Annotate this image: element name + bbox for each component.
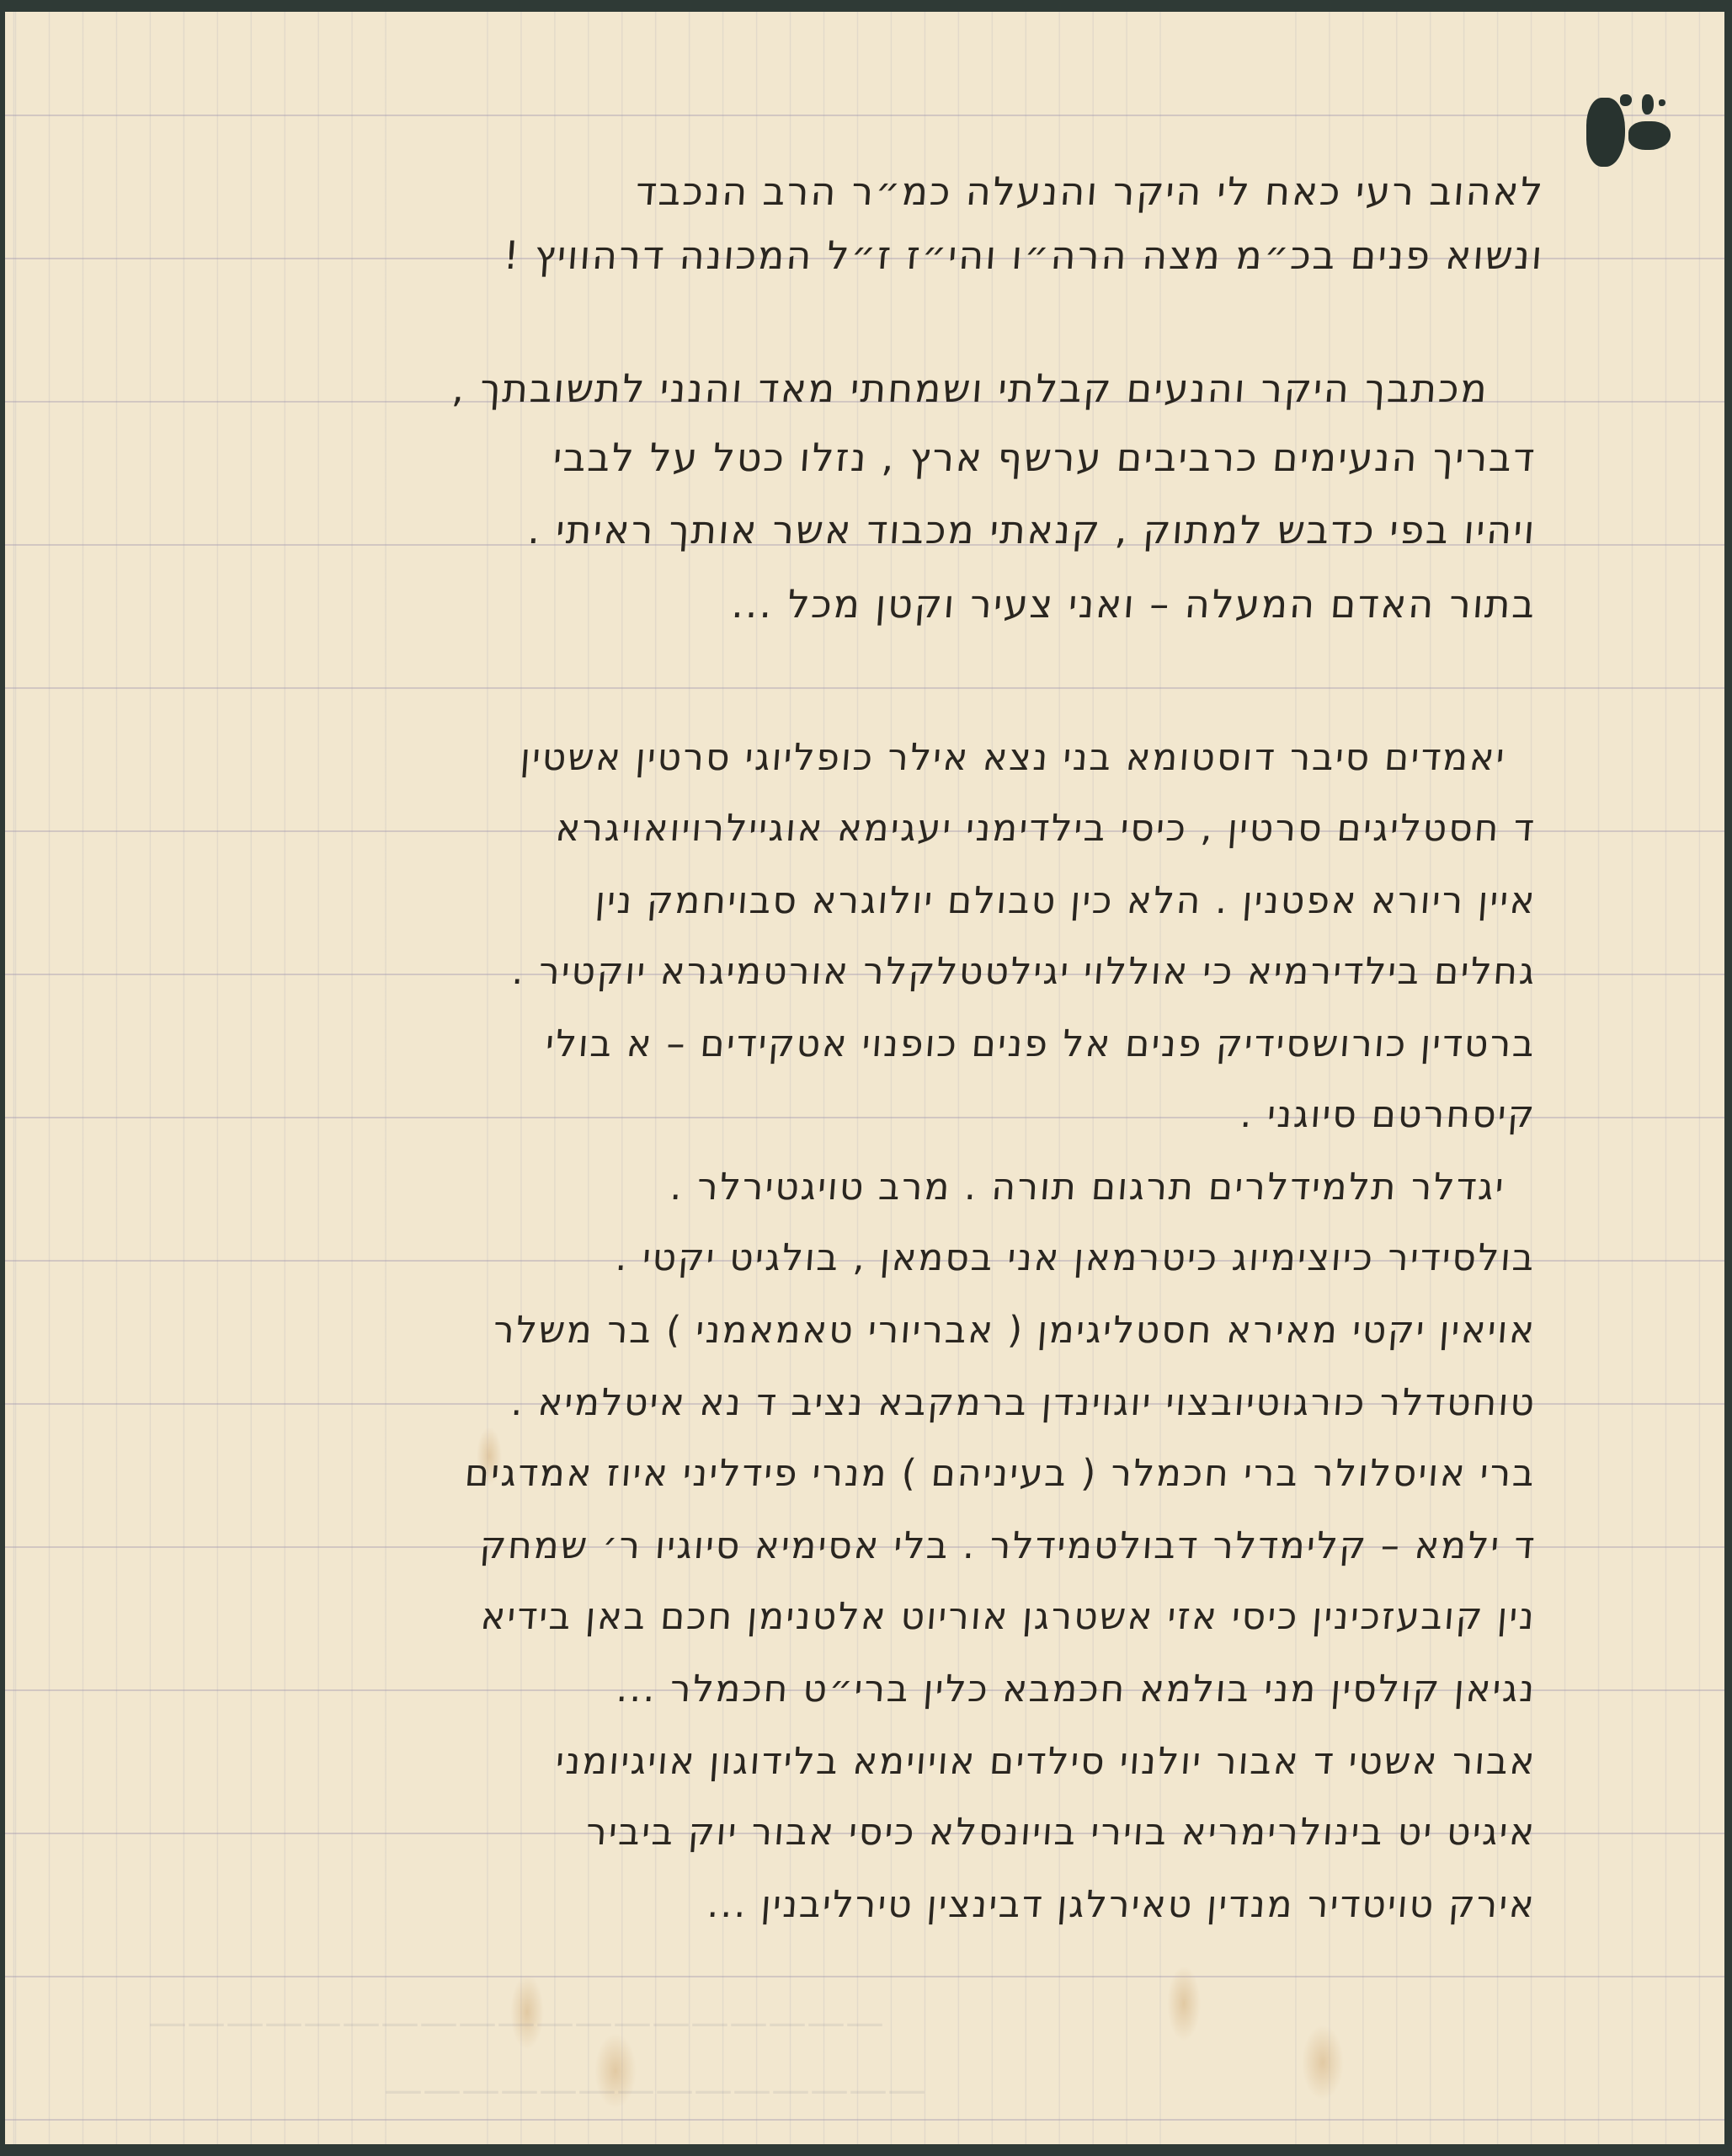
- salutation-line-1: לאהוב רעי כאח לי היקר והנעלה כמ״ר הרב הנ…: [634, 168, 1546, 214]
- paper-stain: [1302, 2025, 1344, 2100]
- salutation-line-2: ונשוא פנים בכ״מ מצה הרה״ו והי״ז ז״ל המכו…: [503, 232, 1546, 278]
- manuscript-page: לאהוב רעי כאח לי היקר והנעלה כמ״ר הרב הנ…: [5, 12, 1724, 2144]
- hebrew-paragraph-line-4: בתור האדם המעלה – ואני צעיר וקטן מכל ...: [730, 581, 1537, 627]
- text-line: בולסידיר כיוצימיוג כיטרמאן אני בסמאן , ב…: [615, 1236, 1537, 1279]
- ink-seal-icon: [1586, 93, 1671, 168]
- text-line: אירק טויטדיר מנדין טאירלגן דבינצין טירלי…: [706, 1883, 1537, 1926]
- hebrew-paragraph-line-1: מכתבך היקר והנעים קבלתי ושמחתי מאד והנני…: [450, 366, 1490, 411]
- text-line: יגדלר תלמידלרים תרגום תורה . מרב טויגטיר…: [669, 1166, 1507, 1209]
- text-line: יאמדים סיבר דוסטומא בני נצא אילר כופליוג…: [519, 736, 1507, 779]
- text-line: גחלים בילדירמיא כי אוללוי יגילטטלקלר אור…: [510, 950, 1537, 993]
- paper-stain: [1167, 1966, 1201, 2041]
- text-line: נין קובעזכינין כיסי אזי אשטרגן אוריוט אל…: [479, 1595, 1537, 1638]
- text-line: אויאין יקטי מאירא חסטליגימן ( אבריורי טא…: [492, 1309, 1537, 1352]
- text-line: נגיאן קולסין מני בולמא חכמבא כלין ברי״ט …: [615, 1668, 1537, 1710]
- text-line: ברטדין כורושסידיק פנים אל פנים כופנוי אט…: [544, 1022, 1537, 1065]
- hebrew-paragraph-line-2: דבריך הנעימים כרביבים ערשף ארץ , נזלו כט…: [552, 435, 1537, 480]
- text-line: ד ילמא – קלימדלר דבולטמידלר . בלי אסימיא…: [478, 1524, 1537, 1567]
- text-line: ד חסטליגים סרטין , כיסי בילדימני יעגימא …: [555, 807, 1537, 850]
- show-through-text: ———————————————————: [148, 1999, 884, 2045]
- text-line: טוחטדלר כורגוטיובצוי יוגוינדן ברמקבא נצי…: [509, 1381, 1537, 1424]
- text-line: קיסחרטם סיוגני .: [1239, 1093, 1537, 1136]
- text-line: ברי אויסלולר ברי חכמלר ( בעיניהם ) מנרי …: [463, 1452, 1537, 1495]
- show-through-text: ——————————————: [384, 2067, 926, 2112]
- text-line: איין ריורא אפטנין . הלא כין טבולם יולוגר…: [594, 879, 1537, 922]
- text-line: איגיט יט בינולרימריא בוירי בויונסלא כיסי…: [584, 1811, 1537, 1854]
- hebrew-paragraph-line-3: ויהיו בפי כדבש למתוק , קנאתי מכבוד אשר א…: [526, 507, 1537, 552]
- text-line: אבור אשטי ד אבור יולנוי סילדים אויוימא ב…: [554, 1740, 1537, 1783]
